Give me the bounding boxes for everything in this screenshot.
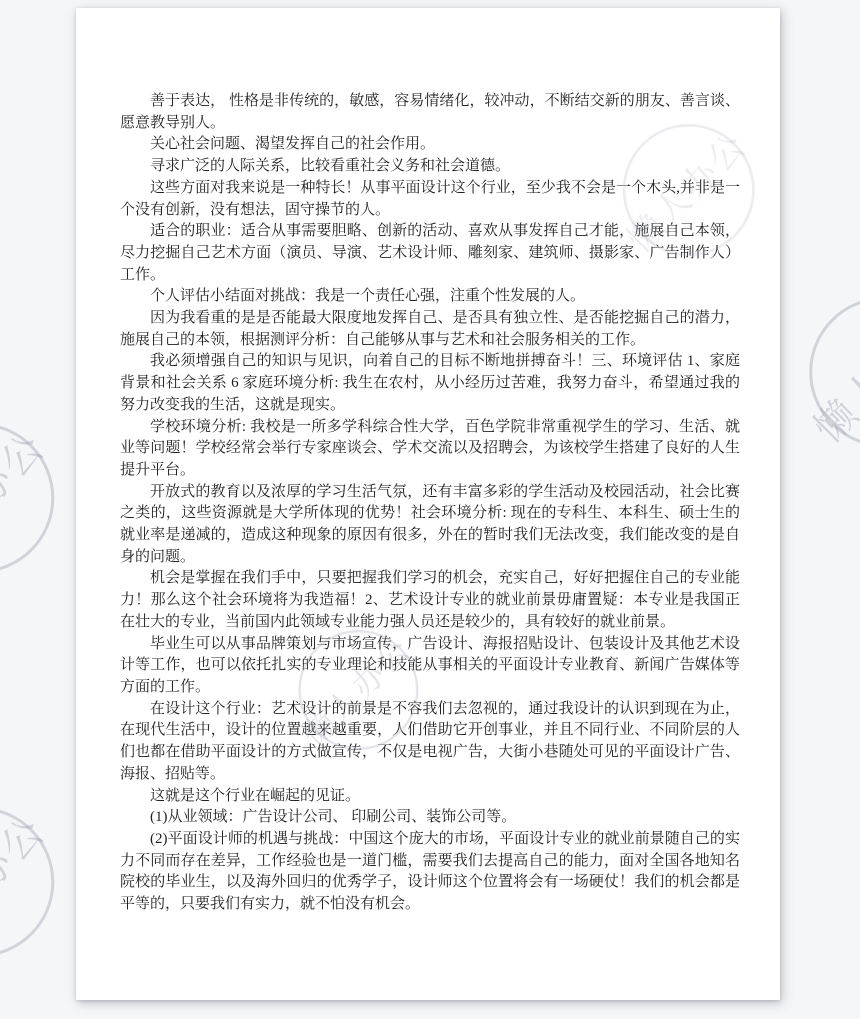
document-paragraph: 寻求广泛的人际关系，比较看重社会义务和社会道德。 [120, 156, 740, 178]
watermark-text: 懒人办公 [0, 801, 56, 963]
document-paragraph: 这就是这个行业在崛起的见证。 [120, 786, 740, 808]
document-paragraph: 关心社会问题、渴望发挥自己的社会作用。 [120, 134, 740, 156]
document-paragraph: 个人评估小结面对挑战：我是一个责任心强，注重个性发展的人。 [120, 286, 740, 308]
watermark-ring-icon [778, 266, 860, 478]
document-paragraph: 这些方面对我来说是一种特长！从事平面设计这个行业，至少我不会是一个木头,并非是一… [120, 178, 740, 221]
watermark-ring-icon [0, 392, 85, 604]
watermark-text: 懒人办公 [799, 291, 860, 453]
document-paragraph: (2)平面设计师的机遇与挑战：中国这个庞大的市场，平面设计专业的就业前景随自己的… [120, 829, 740, 916]
watermark-text: 懒人办公 [0, 417, 56, 579]
document-paragraph: 善于表达， 性格是非传统的，敏感，容易情绪化，较冲动，不断结交新的朋友、善言谈、… [120, 91, 740, 134]
document-paragraph: 在设计这个行业：艺术设计的前景是不容我们去忽视的，通过我设计的认识到现在为止，在… [120, 699, 740, 786]
document-content: 善于表达， 性格是非传统的，敏感，容易情绪化，较冲动，不断结交新的朋友、善言谈、… [120, 91, 740, 916]
document-paragraph: 机会是掌握在我们手中，只要把握我们学习的机会，充实自己，好好把握住自己的专业能力… [120, 568, 740, 633]
document-page: 善于表达， 性格是非传统的，敏感，容易情绪化，较冲动，不断结交新的朋友、善言谈、… [76, 8, 780, 1000]
document-paragraph: (1)从业领域：广告设计公司、 印刷公司、装饰公司等。 [120, 807, 740, 829]
watermark-ring-icon [0, 776, 85, 988]
document-paragraph: 开放式的教育以及浓厚的学习生活气氛，还有丰富多彩的学生活动及校园活动，社会比赛之… [120, 482, 740, 569]
document-paragraph: 我必须增强自己的知识与见识，向着自己的目标不断地拼搏奋斗！三、环境评估 1、家庭… [120, 351, 740, 416]
document-viewer-background: 懒人办公 懒人办公 懒人办公 善于表达， 性格是非传统的，敏感，容易情绪化，较冲… [0, 0, 860, 1019]
document-paragraph: 学校环境分析: 我校是一所多学科综合性大学，百色学院非常重视学生的学习、生活、就… [120, 417, 740, 482]
document-paragraph: 适合的职业：适合从事需要胆略、创新的活动、喜欢从事发挥自己才能，施展自己本领，尽… [120, 221, 740, 286]
document-paragraph: 因为我看重的是是否能最大限度地发挥自己、是否具有独立性、是否能挖掘自己的潜力，施… [120, 308, 740, 351]
document-paragraph: 毕业生可以从事品牌策划与市场宣传，广告设计、海报招贴设计、包装设计及其他艺术设计… [120, 634, 740, 699]
